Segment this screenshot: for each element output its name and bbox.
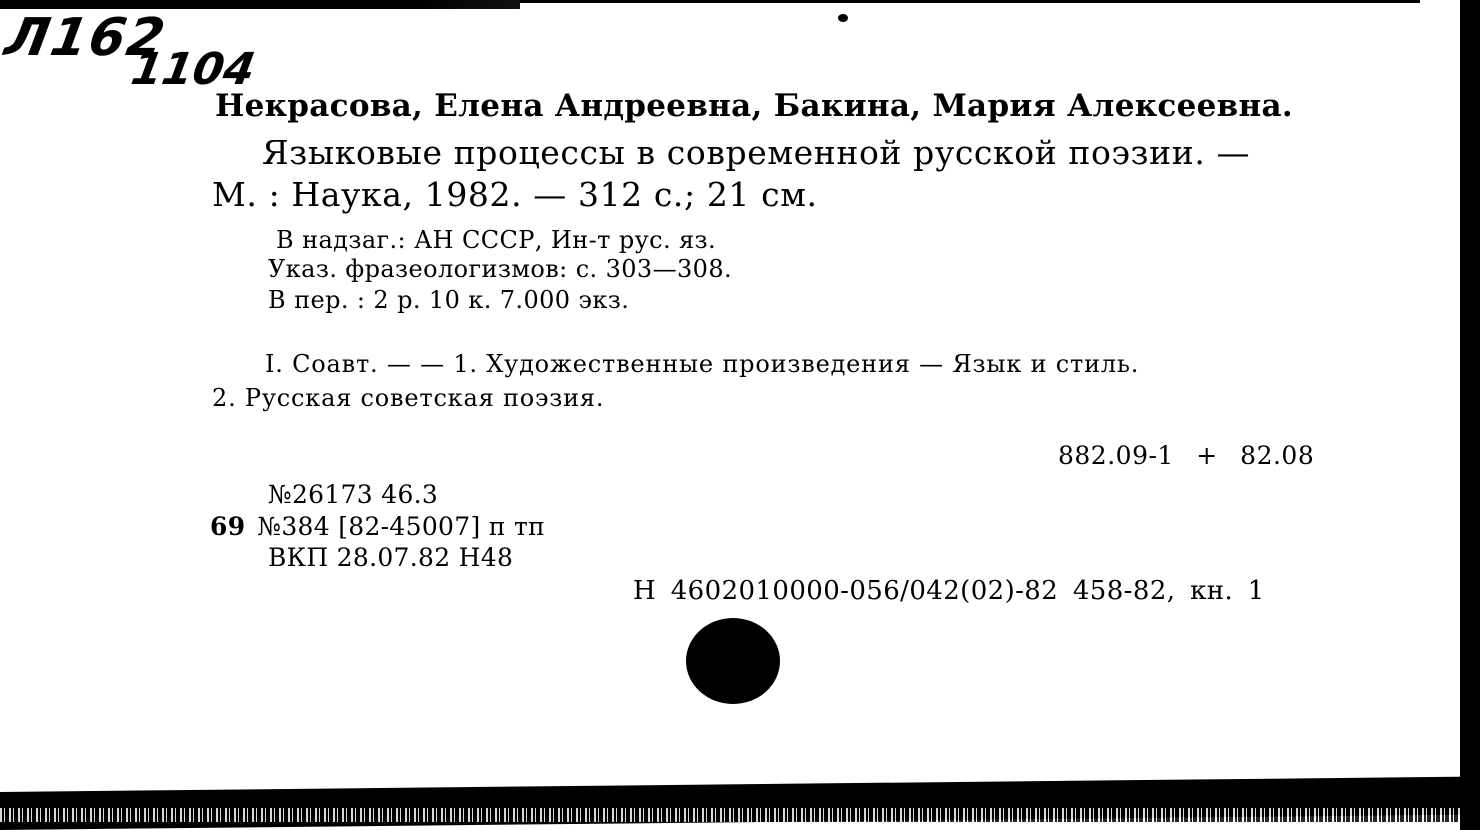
scan-edge-top-thin (520, 0, 1420, 3)
code-line-4: Н 4602010000-056/042(02)-82 458-82, кн. … (633, 576, 1265, 606)
code-prefix: 69 (210, 512, 245, 541)
note-price: В пер. : 2 р. 10 к. 7.000 экз. (268, 286, 629, 314)
catalog-card: Л162 1104 Некрасова, Елена Андреевна, Ба… (0, 0, 1480, 830)
scan-noise-bottom (0, 808, 1460, 822)
note-index: Указ. фразеологизмов: с. 303—308. (268, 255, 732, 283)
title-line-1: Языковые процессы в современной русской … (262, 133, 1250, 172)
authors: Некрасова, Елена Андреевна, Бакина, Мари… (215, 88, 1293, 124)
scan-edge-right (1460, 0, 1480, 830)
note-header: В надзаг.: АН СССР, Ин-т рус. яз. (276, 226, 716, 254)
punch-hole (686, 618, 780, 704)
title-line-2: М. : Наука, 1982. — 312 с.; 21 см. (212, 175, 818, 214)
subjects-line-2: 2. Русская советская поэзия. (212, 384, 604, 412)
code-line-1: №26173 46.3 (268, 480, 438, 509)
code-line-2-text: №384 [82-45007] п тп (257, 512, 545, 541)
ink-speck (838, 14, 848, 22)
subjects-line-1: I. Соавт. — — 1. Художественные произвед… (265, 350, 1139, 378)
code-line-2: 69№384 [82-45007] п тп (210, 512, 545, 541)
code-line-3: ВКП 28.07.82 Н48 (268, 543, 513, 572)
classification-index: 882.09-1 + 82.08 (1058, 441, 1314, 470)
